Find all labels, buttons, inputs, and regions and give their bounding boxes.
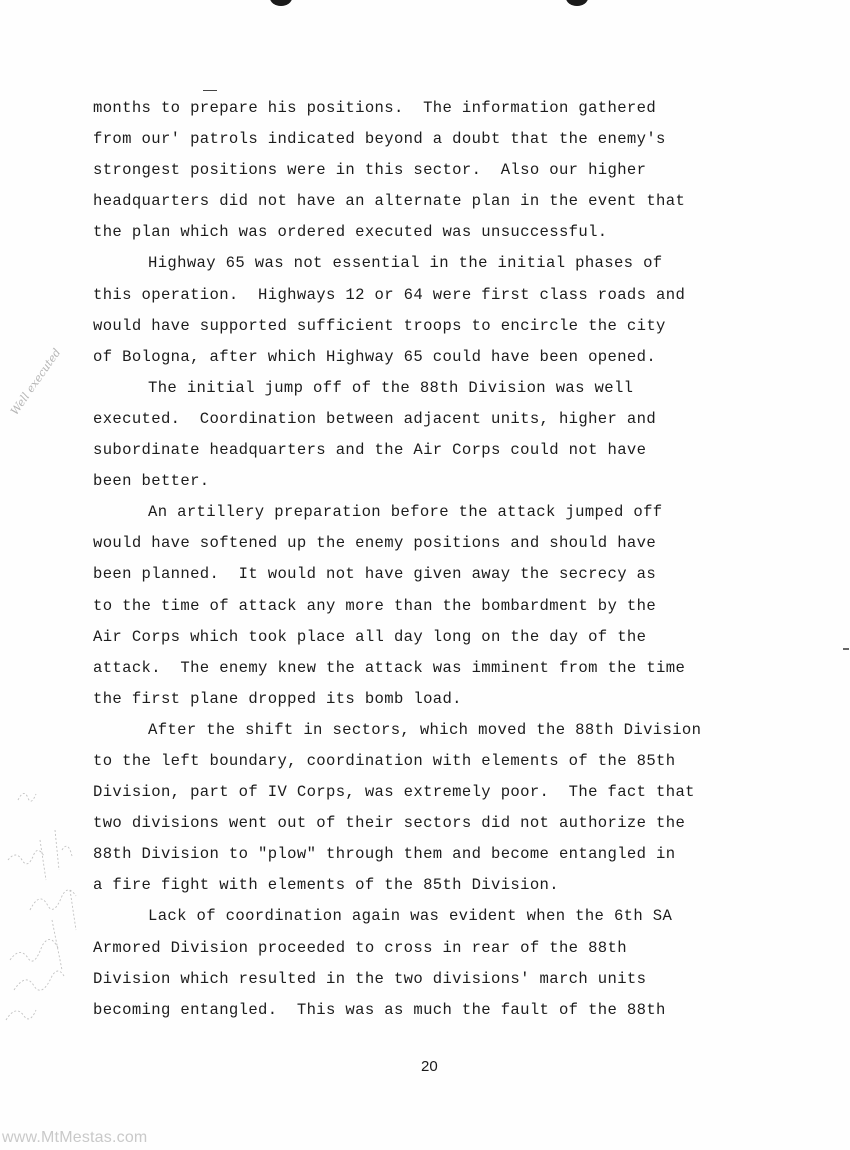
text-line: months to prepare his positions. The inf… [93, 93, 793, 124]
text-line: 88th Division to "plow" through them and… [93, 839, 793, 870]
text-line: this operation. Highways 12 or 64 were f… [93, 280, 793, 311]
text-line: the plan which was ordered executed was … [93, 217, 793, 248]
punch-hole-left [270, 0, 292, 6]
text-line: becoming entangled. This was as much the… [93, 995, 793, 1026]
text-line: Division which resulted in the two divis… [93, 964, 793, 995]
paragraph-start-line: The initial jump off of the 88th Divisio… [93, 373, 793, 404]
text-line: of Bologna, after which Highway 65 could… [93, 342, 793, 373]
typewriter-mark [203, 90, 217, 91]
text-line: to the left boundary, coordination with … [93, 746, 793, 777]
text-line: the first plane dropped its bomb load. [93, 684, 793, 715]
text-line: attack. The enemy knew the attack was im… [93, 653, 793, 684]
paragraph-start-line: An artillery preparation before the atta… [93, 497, 793, 528]
text-line: Division, part of IV Corps, was extremel… [93, 777, 793, 808]
text-line: Air Corps which took place all day long … [93, 622, 793, 653]
text-line: strongest positions were in this sector.… [93, 155, 793, 186]
paragraph-start-line: Highway 65 was not essential in the init… [93, 248, 793, 279]
margin-scribble-icon [0, 770, 100, 1050]
text-line: from our' patrols indicated beyond a dou… [93, 124, 793, 155]
body-text: months to prepare his positions. The inf… [93, 93, 793, 1026]
text-line: a fire fight with elements of the 85th D… [93, 870, 793, 901]
text-line: executed. Coordination between adjacent … [93, 404, 793, 435]
text-line: headquarters did not have an alternate p… [93, 186, 793, 217]
margin-mark [843, 648, 849, 650]
punch-hole-right [566, 0, 588, 6]
text-line: been planned. It would not have given aw… [93, 559, 793, 590]
margin-handwriting: Well executed [8, 346, 63, 417]
page-number: 20 [421, 1058, 438, 1075]
watermark: www.MtMestas.com [2, 1129, 147, 1147]
paragraph-start-line: Lack of coordination again was evident w… [93, 901, 793, 932]
text-line: two divisions went out of their sectors … [93, 808, 793, 839]
text-line: been better. [93, 466, 793, 497]
text-line: Armored Division proceeded to cross in r… [93, 933, 793, 964]
text-line: would have softened up the enemy positio… [93, 528, 793, 559]
document-page: months to prepare his positions. The inf… [0, 0, 850, 1150]
text-line: to the time of attack any more than the … [93, 591, 793, 622]
paragraph-start-line: After the shift in sectors, which moved … [93, 715, 793, 746]
text-line: would have supported sufficient troops t… [93, 311, 793, 342]
text-line: subordinate headquarters and the Air Cor… [93, 435, 793, 466]
